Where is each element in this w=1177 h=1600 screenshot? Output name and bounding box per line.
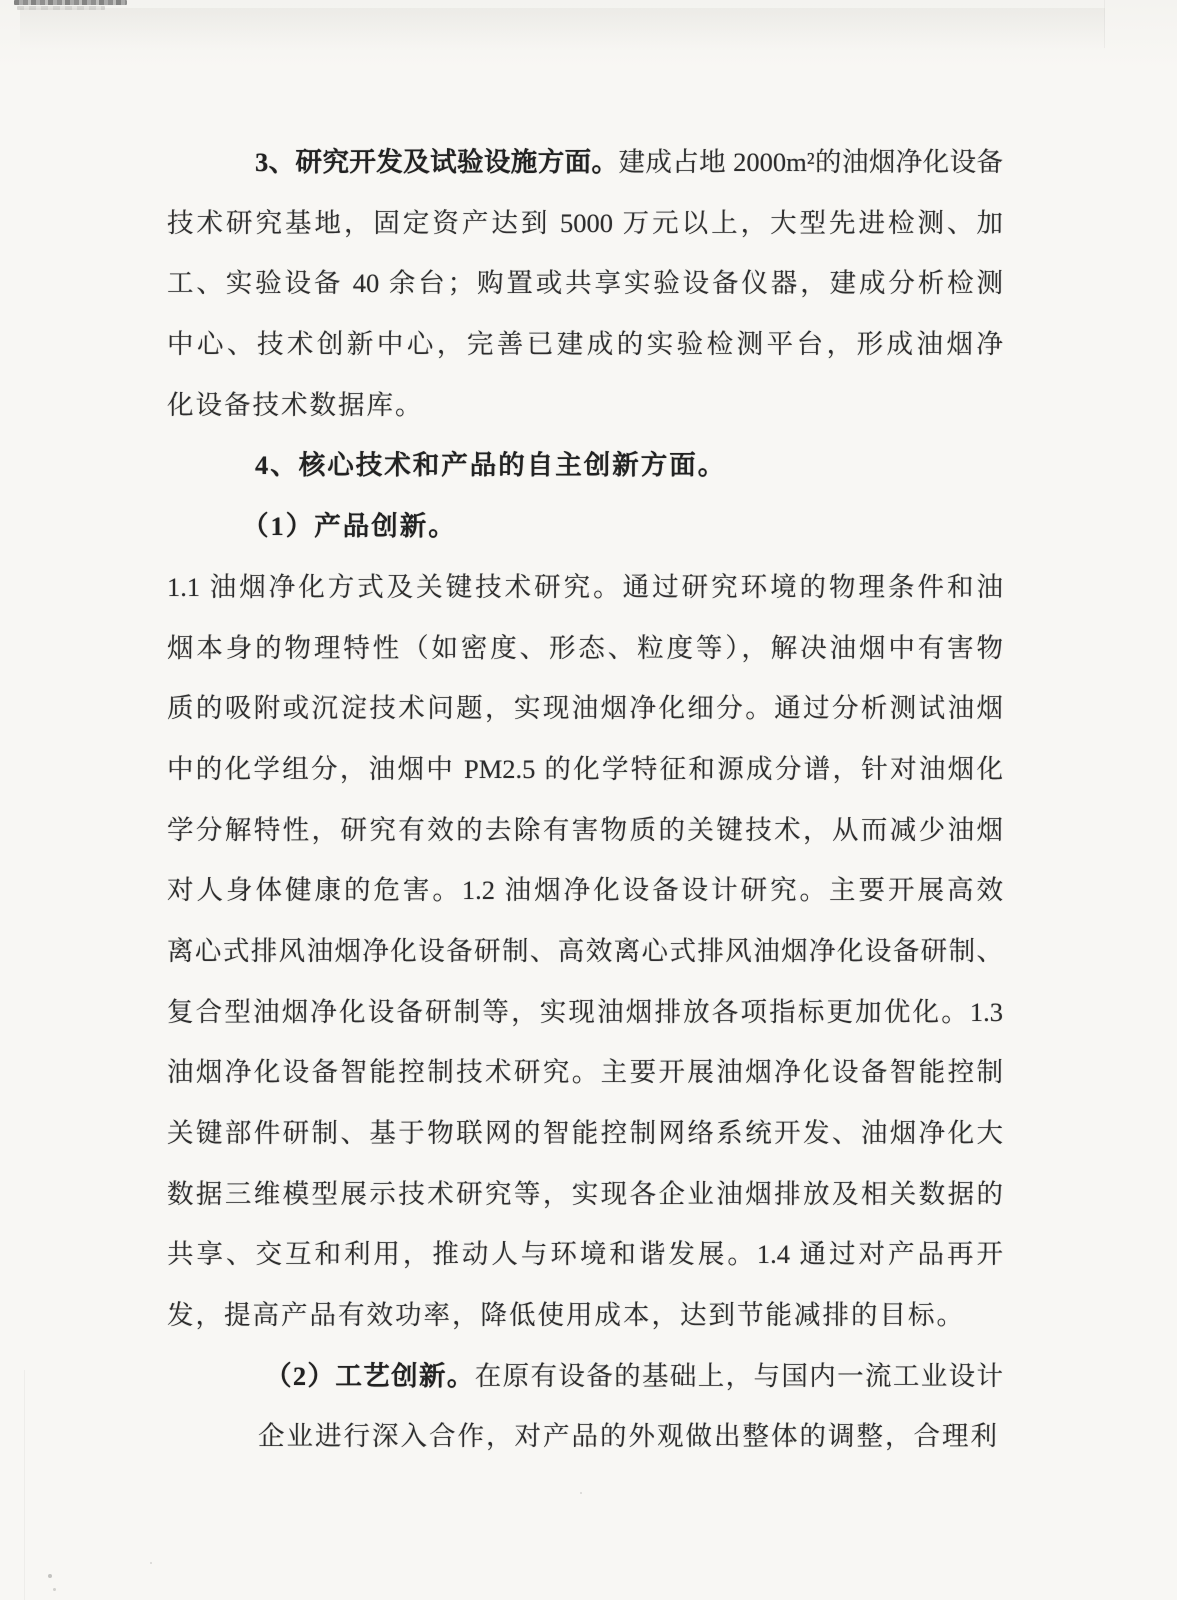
text-line: 1.1 油烟净化方式及关键技术研究。通过研究环境的物理条件和油 [167, 557, 1003, 618]
body-segment: 复合型油烟净化设备研制等，实现油烟排放各项指标更加优化。1.3 [167, 997, 1003, 1027]
heading-segment: （2）工艺创新。 [265, 1361, 475, 1391]
body-segment: 油烟净化设备智能控制技术研究。主要开展油烟净化设备智能控制 [167, 1057, 1003, 1087]
body-segment: 化设备技术数据库。 [167, 390, 424, 420]
page-edge-line [24, 1370, 25, 1600]
body-segment: 关键部件研制、基于物联网的智能控制网络系统开发、油烟净化大 [167, 1118, 1003, 1148]
body-segment: 对人身体健康的危害。1.2 油烟净化设备设计研究。主要开展高效 [167, 875, 1003, 905]
heading-segment: 4、核心技术和产品的自主创新方面。 [255, 450, 726, 480]
text-block: 3、研究开发及试验设施方面。建成占地 2000m²的油烟净化设备技术研究基地，固… [167, 132, 1003, 1467]
text-line: 中心、技术创新中心，完善已建成的实验检测平台，形成油烟净 [167, 314, 1003, 375]
text-line: 工、实验设备 40 余台；购置或共享实验设备仪器，建成分析检测 [167, 253, 1003, 314]
text-line: 中的化学组分，油烟中 PM2.5 的化学特征和源成分谱，针对油烟化 [167, 739, 1003, 800]
scan-speck [150, 1562, 152, 1564]
scan-speck [580, 1492, 582, 1494]
body-segment: 1.1 油烟净化方式及关键技术研究。通过研究环境的物理条件和油 [167, 572, 1003, 602]
text-line: 共享、交互和利用，推动人与环境和谐发展。1.4 通过对产品再开 [167, 1224, 1003, 1285]
body-segment: 离心式排风油烟净化设备研制、高效离心式排风油烟净化设备研制、 [167, 936, 1003, 966]
text-line: 离心式排风油烟净化设备研制、高效离心式排风油烟净化设备研制、 [167, 921, 1003, 982]
body-segment: 烟本身的物理特性（如密度、形态、粒度等），解决油烟中有害物 [167, 633, 1003, 663]
scan-speck [53, 1588, 56, 1591]
text-line: 发，提高产品有效功率，降低使用成本，达到节能减排的目标。 [167, 1285, 1003, 1346]
text-line: （2）工艺创新。在原有设备的基础上，与国内一流工业设计 [167, 1346, 1003, 1407]
heading-segment: （1）产品创新。 [242, 511, 457, 541]
body-segment: 共享、交互和利用，推动人与环境和谐发展。1.4 通过对产品再开 [167, 1239, 1003, 1269]
text-line: 技术研究基地，固定资产达到 5000 万元以上，大型先进检测、加 [167, 193, 1003, 254]
text-line: 数据三维模型展示技术研究等，实现各企业油烟排放及相关数据的 [167, 1164, 1003, 1225]
body-segment: 技术研究基地，固定资产达到 5000 万元以上，大型先进检测、加 [167, 208, 1003, 238]
body-segment: 质的吸附或沉淀技术问题，实现油烟净化细分。通过分析测试油烟 [167, 693, 1003, 723]
text-line: 3、研究开发及试验设施方面。建成占地 2000m²的油烟净化设备 [167, 132, 1003, 193]
scan-smudge-artifact [14, 0, 127, 5]
body-segment: 数据三维模型展示技术研究等，实现各企业油烟排放及相关数据的 [167, 1179, 1003, 1209]
text-line: 复合型油烟净化设备研制等，实现油烟排放各项指标更加优化。1.3 [167, 982, 1003, 1043]
text-line: 对人身体健康的危害。1.2 油烟净化设备设计研究。主要开展高效 [167, 860, 1003, 921]
body-segment: 中的化学组分，油烟中 PM2.5 的化学特征和源成分谱，针对油烟化 [167, 754, 1003, 784]
body-segment: 学分解特性，研究有效的去除有害物质的关键技术，从而减少油烟 [167, 815, 1003, 845]
body-segment: 工、实验设备 40 余台；购置或共享实验设备仪器，建成分析检测 [167, 268, 1003, 298]
text-line: 烟本身的物理特性（如密度、形态、粒度等），解决油烟中有害物 [167, 618, 1003, 679]
text-line: 质的吸附或沉淀技术问题，实现油烟净化细分。通过分析测试油烟 [167, 678, 1003, 739]
scanned-page: 3、研究开发及试验设施方面。建成占地 2000m²的油烟净化设备技术研究基地，固… [0, 0, 1177, 1600]
text-line: 学分解特性，研究有效的去除有害物质的关键技术，从而减少油烟 [167, 800, 1003, 861]
page-edge-line [1104, 0, 1105, 48]
scan-speck [48, 1574, 52, 1578]
text-line: 关键部件研制、基于物联网的智能控制网络系统开发、油烟净化大 [167, 1103, 1003, 1164]
body-segment: 中心、技术创新中心，完善已建成的实验检测平台，形成油烟净 [167, 329, 1003, 359]
text-line: 油烟净化设备智能控制技术研究。主要开展油烟净化设备智能控制 [167, 1042, 1003, 1103]
scan-haze-artifact [20, 8, 1105, 50]
text-line: 企业进行深入合作，对产品的外观做出整体的调整，合理利 [167, 1406, 1003, 1467]
scan-smudge-artifact [17, 6, 105, 10]
body-segment: 在原有设备的基础上，与国内一流工业设计 [475, 1361, 1003, 1391]
text-line: 化设备技术数据库。 [167, 375, 1003, 436]
text-line: （1）产品创新。 [167, 496, 1003, 557]
text-line: 4、核心技术和产品的自主创新方面。 [167, 435, 1003, 496]
heading-segment: 3、研究开发及试验设施方面。 [255, 147, 618, 177]
body-segment: 发，提高产品有效功率，降低使用成本，达到节能减排的目标。 [167, 1300, 965, 1330]
body-segment: 建成占地 2000m²的油烟净化设备 [618, 147, 1003, 177]
body-segment: 企业进行深入合作，对产品的外观做出整体的调整，合理利 [258, 1421, 999, 1451]
